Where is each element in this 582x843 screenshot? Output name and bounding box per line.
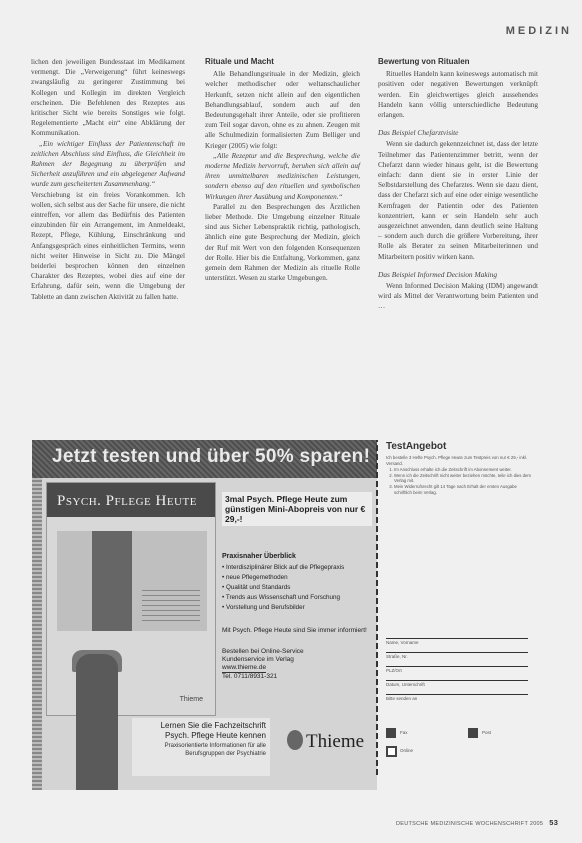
thieme-brand: Thieme	[287, 730, 364, 753]
learn-subtitle: Praxisorientierte Informationen für alle…	[132, 741, 270, 760]
coupon-title: TestAngebot	[386, 441, 446, 452]
coupon-terms: Ich bestelle 3 Hefte Psych. Pflege Heute…	[386, 455, 534, 496]
paragraph: Rituelles Handeln kann keineswegs automa…	[378, 69, 538, 120]
ad-banner: Jetzt testen und über 50% sparen!	[32, 440, 377, 478]
offer-item: Interdisziplinärer Blick auf die Pflegep…	[222, 563, 372, 573]
thieme-logo-icon	[287, 730, 303, 750]
fax-icon	[386, 728, 396, 738]
heading-rituale-und-macht: Rituale und Macht	[205, 57, 360, 67]
mail-icon	[468, 728, 478, 738]
article-column-2: Rituale und Macht Alle Behandlungsritual…	[205, 57, 360, 283]
online-option[interactable]: Online	[400, 748, 413, 753]
paragraph: lichen den jeweiligen Bundesstaat im Med…	[31, 57, 185, 139]
offer-block: 3mal Psych. Pflege Heute zum günstigen M…	[222, 492, 372, 636]
publisher-phone: Tel. 0711/8931-321	[222, 673, 304, 681]
zip-city-field[interactable]: PLZ/Ort	[386, 666, 528, 673]
magazine-cover-photo	[57, 531, 207, 631]
brand-name: Thieme	[306, 731, 364, 752]
paragraph: Wenn Informed Decision Making (IDM) ange…	[378, 281, 538, 312]
publisher-line: Kundenservice im Verlag	[222, 656, 304, 664]
name-field[interactable]: Name, Vorname	[386, 638, 528, 645]
thermos-image	[76, 654, 118, 790]
magazine-header: Psych. Pflege Heute	[47, 483, 215, 517]
subheading-chefarztvisite: Das Beispiel Chefarztvisite	[378, 128, 538, 138]
fax-option[interactable]: Fax	[400, 730, 408, 735]
order-coupon[interactable]: TestAngebot Ich bestelle 3 Hefte Psych. …	[378, 440, 538, 775]
offer-list: Interdisziplinärer Blick auf die Pflegep…	[222, 563, 372, 613]
post-option[interactable]: Post	[482, 730, 491, 735]
paragraph: Alle Behandlungsrituale in der Medizin, …	[205, 69, 360, 151]
learn-title: Lernen Sie die Fachzeitschrift Psych. Pf…	[132, 718, 270, 741]
online-icon	[386, 746, 397, 757]
page-footer: DEUTSCHE MEDIZINISCHE WOCHENSCHRIFT 2005…	[396, 818, 558, 827]
learn-box: Lernen Sie die Fachzeitschrift Psych. Pf…	[132, 718, 270, 776]
send-to-label: Bitte senden an	[386, 694, 528, 701]
offer-item: Qualität und Standards	[222, 583, 372, 593]
offer-label: Praxisnaher Überblick	[222, 553, 372, 560]
section-tag: MEDIZIN	[506, 25, 572, 37]
advertisement[interactable]: Jetzt testen und über 50% sparen! Psych.…	[32, 440, 377, 790]
ad-decorative-strip	[32, 478, 42, 790]
publisher-line: Bestellen bei Online-Service	[222, 648, 304, 656]
offer-note: Mit Psych. Pflege Heute sind Sie immer i…	[222, 627, 372, 636]
offer-heading: 3mal Psych. Pflege Heute zum günstigen M…	[222, 492, 372, 526]
journal-citation: DEUTSCHE MEDIZINISCHE WOCHENSCHRIFT 2005	[396, 821, 543, 827]
ad-headline: Jetzt testen und über 50% sparen!	[52, 446, 370, 468]
page-number: 53	[549, 818, 558, 827]
block-quote: „Alle Rezeptur und die Besprechung, welc…	[205, 151, 360, 202]
publisher-contact: Bestellen bei Online-Service Kundenservi…	[222, 648, 304, 681]
coupon-intro: Ich bestelle 3 Hefte Psych. Pflege Heute…	[386, 455, 534, 466]
coupon-term: Mein Widerrufsrecht gilt 14 Tage nach Er…	[394, 484, 534, 495]
scissor-cut-line	[376, 440, 378, 775]
offer-item: Trends aus Wissenschaft und Forschung	[222, 593, 372, 603]
paragraph: Parallel zu den Besprechungen des Ärztli…	[205, 202, 360, 284]
paragraph-quote: „Ein wichtiger Einfluss der Patientensch…	[31, 139, 185, 190]
magazine-publisher: Thieme	[180, 696, 203, 703]
article-column-1: lichen den jeweiligen Bundesstaat im Med…	[31, 57, 185, 302]
magazine-title: Psych. Pflege Heute	[57, 493, 197, 510]
date-signature-field[interactable]: Datum, Unterschrift	[386, 680, 528, 687]
subheading-informed-decision: Das Beispiel Informed Decision Making	[378, 270, 538, 280]
coupon-term: Wenn ich die Zeitschrift nicht weiter be…	[394, 473, 534, 484]
magazine-cover: Psych. Pflege Heute Thieme	[46, 482, 216, 716]
article-column-3: Bewertung von Ritualen Rituelles Handeln…	[378, 57, 538, 312]
paragraph: Verschiebung ist ein freies Vorankommen.…	[31, 190, 185, 302]
heading-bewertung-von-ritualen: Bewertung von Ritualen	[378, 57, 538, 67]
paragraph: Wenn sie dadurch gekennzeichnet ist, das…	[378, 139, 538, 261]
street-field[interactable]: Straße, Nr.	[386, 652, 528, 659]
publisher-website-link[interactable]: www.thieme.de	[222, 664, 266, 673]
offer-item: neue Pflegemethoden	[222, 573, 372, 583]
offer-item: Vorstellung und Berufsbilder	[222, 603, 372, 613]
